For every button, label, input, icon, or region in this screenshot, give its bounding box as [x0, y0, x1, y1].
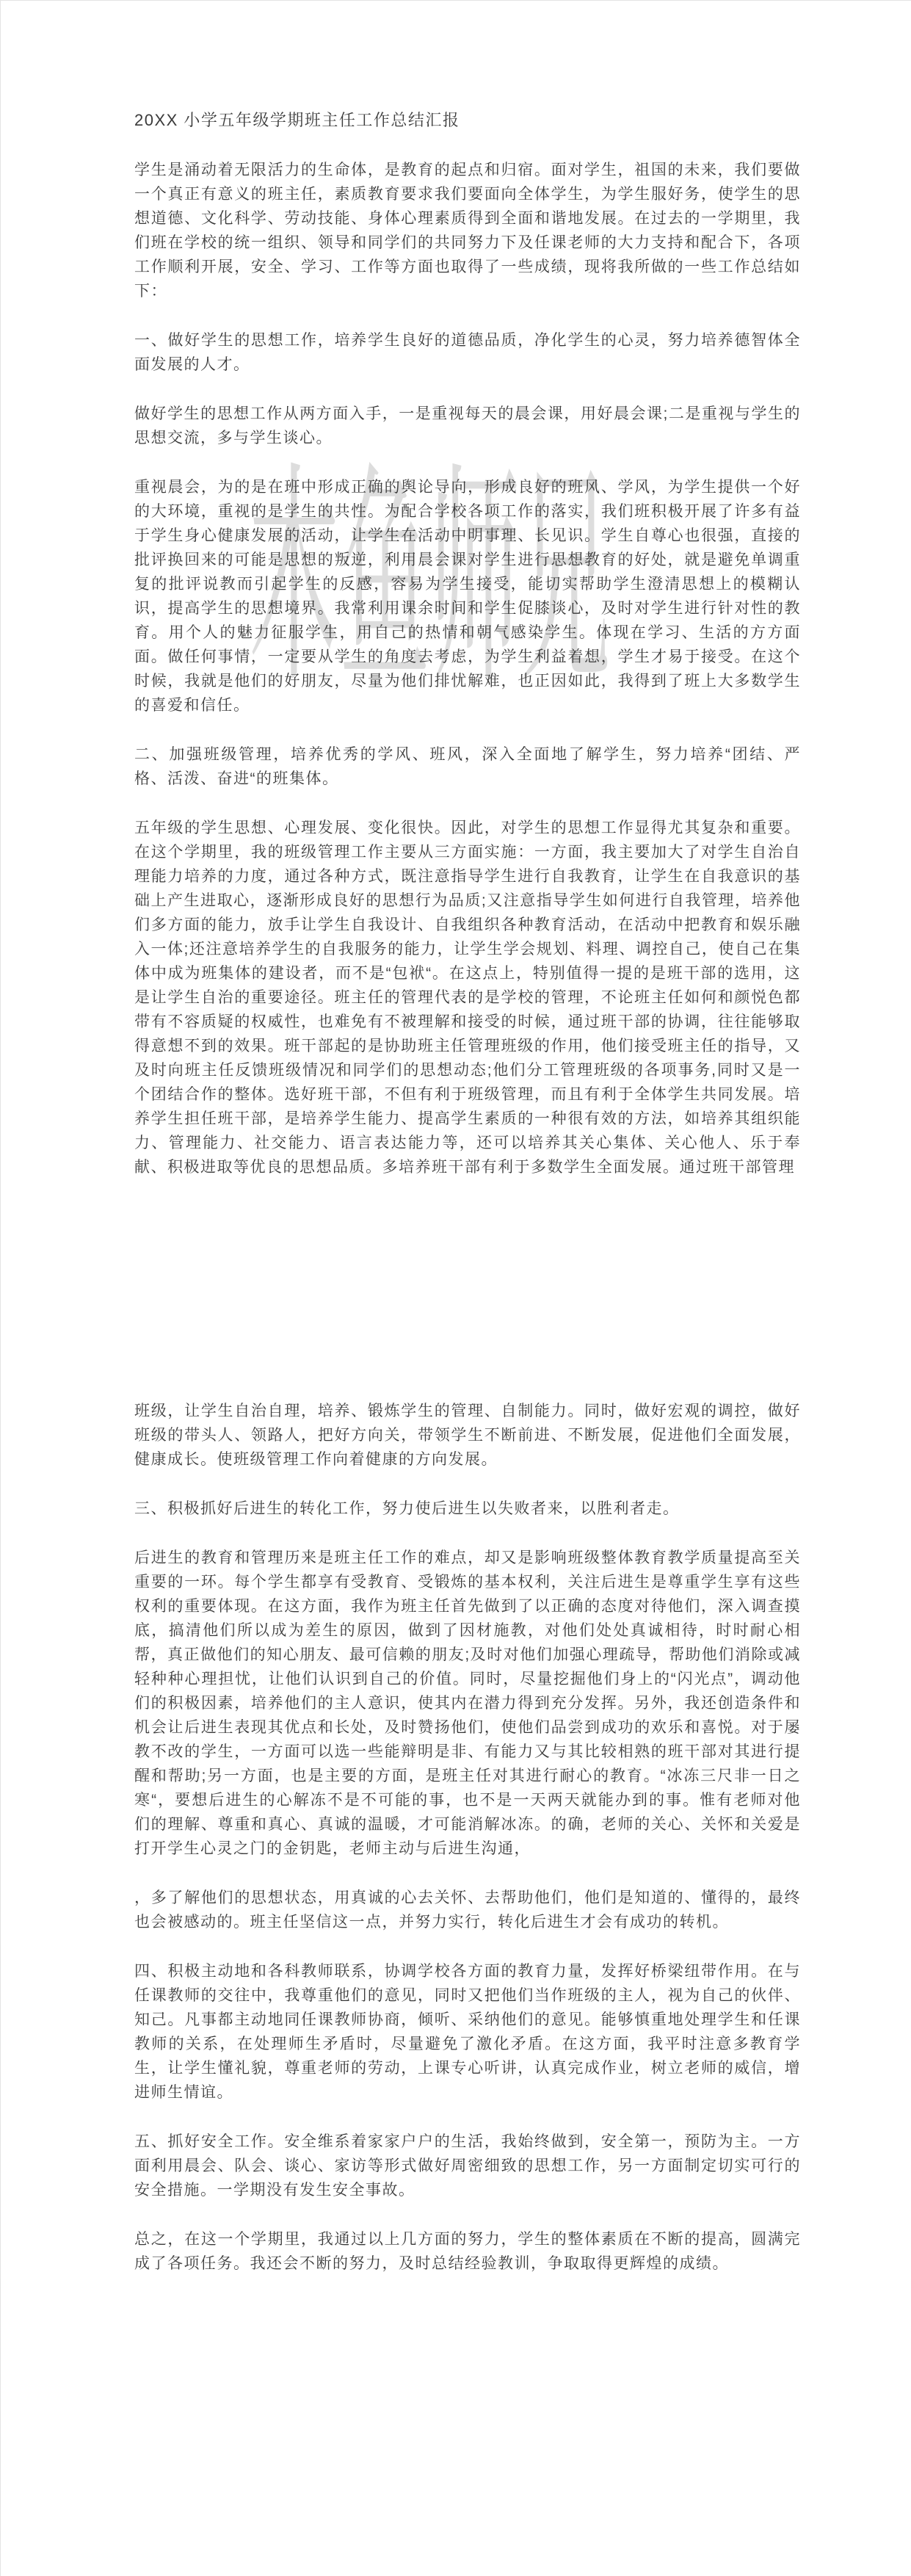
report-content: 20XX 小学五年级学期班主任工作总结汇报 学生是涌动着无限活力的生命体，是教育…: [1, 1, 911, 2276]
section-3-paragraph-a: 后进生的教育和管理历来是班主任工作的难点，却又是影响班级整体教育教学质量提高至关…: [134, 1546, 801, 1861]
section-2-paragraph-page2: 班级，让学生自治自理，培养、锻炼学生的管理、自制能力。同时，做好宏观的调控，做好…: [134, 1399, 801, 1472]
section-5-paragraph: 五、抓好安全工作。安全维系着家家户户的生活，我始终做到，安全第一，预防为主。一方…: [134, 2130, 801, 2202]
section-1-heading: 一、做好学生的思想工作，培养学生良好的道德品质，净化学生的心灵，努力培养德智体全…: [134, 328, 801, 377]
section-3-paragraph-b: ，多了解他们的思想状态，用真诚的心去关怀、去帮助他们，他们是知道的、懂得的，最终…: [134, 1886, 801, 1934]
section-1-paragraph-a: 做好学生的思想工作从两方面入手，一是重视每天的晨会课，用好晨会课;二是重视与学生…: [134, 402, 801, 450]
report-page: 木鱼师兄 20XX 小学五年级学期班主任工作总结汇报 学生是涌动着无限活力的生命…: [0, 0, 911, 2576]
page-break-gap: [134, 1204, 801, 1399]
report-title: 20XX 小学五年级学期班主任工作总结汇报: [134, 108, 801, 132]
section-4-paragraph: 四、积极主动地和各科教师联系，协调学校各方面的教育力量，发挥好桥梁纽带作用。在与…: [134, 1959, 801, 2105]
paragraph-intro: 学生是涌动着无限活力的生命体，是教育的起点和归宿。面对学生，祖国的未来，我们要做…: [134, 158, 801, 303]
section-2-heading: 二、加强班级管理，培养优秀的学风、班风，深入全面地了解学生，努力培养“团结、严格…: [134, 742, 801, 791]
section-1-paragraph-b: 重视晨会，为的是在班中形成正确的舆论导向，形成良好的班风、学风，为学生提供一个好…: [134, 475, 801, 717]
section-2-paragraph-page1: 五年级的学生思想、心理发展、变化很快。因此，对学生的思想工作显得尤其复杂和重要。…: [134, 816, 801, 1179]
section-3-heading: 三、积极抓好后进生的转化工作，努力使后进生以失败者来，以胜利者走。: [134, 1497, 801, 1521]
conclusion-paragraph: 总之，在这一个学期里，我通过以上几方面的努力，学生的整体素质在不断的提高，圆满完…: [134, 2227, 801, 2276]
